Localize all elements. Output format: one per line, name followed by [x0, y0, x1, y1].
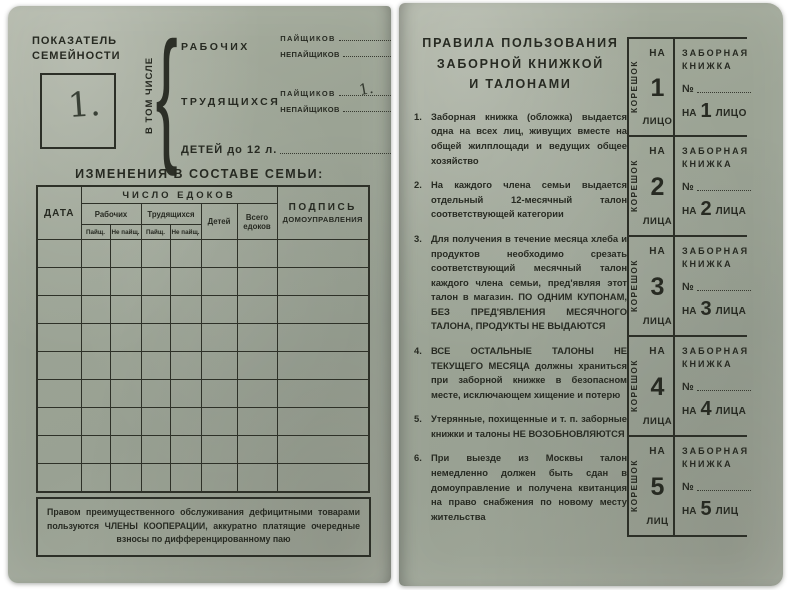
table-cell	[37, 408, 81, 436]
table-cell	[277, 436, 369, 464]
book-for-number: 5	[700, 502, 711, 517]
family-indicator-block: ПОКАЗАТЕЛЬ СЕМЕЙНОСТИ 1.	[32, 34, 144, 156]
rule-text: Утерянные, похищенные и т. п. заборные к…	[431, 412, 627, 441]
table-cell	[81, 352, 110, 380]
table-cell	[37, 380, 81, 408]
table-cell	[110, 268, 141, 296]
table-cell	[110, 352, 141, 380]
field-line: НЕПАЙЩИКОВ	[280, 105, 392, 114]
rule-text: На каждого члена семьи выдается отдельны…	[431, 178, 627, 222]
children-column-header: Детей	[201, 204, 237, 240]
book-for-number: 3	[700, 302, 711, 317]
book-number-leader	[697, 390, 751, 391]
rule-number: 4.	[414, 344, 431, 402]
book-for-number: 2	[700, 202, 711, 217]
stub-vertical-label: КОРЕШОК	[629, 39, 642, 135]
shareholders-label: ПАЙЩИКОВ	[280, 89, 335, 98]
table-cell	[277, 380, 369, 408]
workers-nonshareholders-header: Не пайщ.	[110, 225, 141, 240]
book-for-na-label: НА	[682, 506, 696, 517]
stub-left-cell: КОРЕШОКНА2ЛИЦА	[629, 137, 675, 235]
stub-count-number: 3	[651, 277, 665, 297]
stub-na-label: НА	[649, 346, 665, 357]
table-cell	[81, 296, 110, 324]
stub-na-label: НА	[649, 146, 665, 157]
stub-count-block: НА4ЛИЦА	[642, 337, 673, 435]
rules-block: ПРАВИЛА ПОЛЬЗОВАНИЯ ЗАБОРНОЙ КНИЖКОЙ И Т…	[414, 33, 627, 534]
rule-text: Для получения в течение месяца хлеба и п…	[431, 232, 627, 334]
workers-fields: ПАЙЩИКОВ НЕПАЙЩИКОВ	[280, 34, 392, 59]
book-number-leader	[697, 92, 751, 93]
shareholders-label: ПАЙЩИКОВ	[280, 34, 335, 43]
rule-number: 2.	[414, 178, 431, 222]
stub-vertical-label: КОРЕШОК	[629, 337, 642, 435]
table-cell	[110, 296, 141, 324]
table-cell	[201, 324, 237, 352]
table-cell	[141, 380, 170, 408]
signature-line2: ДОМОУПРАВЛЕНИЯ	[278, 215, 369, 224]
table-cell	[141, 436, 170, 464]
table-cell	[110, 436, 141, 464]
book-for-persons-label: ЛИЦА	[716, 206, 747, 217]
dotted-leader	[343, 111, 392, 112]
table-cell	[237, 240, 277, 268]
non-shareholders-label: НЕПАЙЩИКОВ	[280, 105, 339, 114]
book-number-row: №	[682, 181, 752, 193]
table-cell	[201, 240, 237, 268]
table-cell	[81, 436, 110, 464]
table-cell	[37, 268, 81, 296]
table-cell	[201, 380, 237, 408]
changes-table: ДАТА ЧИСЛО ЕДОКОВ ПОДПИСЬ ДОМОУПРАВЛЕНИЯ…	[36, 185, 370, 493]
table-cell	[237, 296, 277, 324]
table-row	[37, 296, 369, 324]
table-cell	[201, 464, 237, 493]
table-cell	[110, 408, 141, 436]
book-for-number: 4	[700, 402, 711, 417]
stub-vertical-label: КОРЕШОК	[629, 437, 642, 535]
laborers-shareholders-header: Пайщ.	[141, 225, 170, 240]
children-row: ДЕТЕЙ до 12 л.	[181, 144, 392, 156]
table-cell	[141, 240, 170, 268]
table-cell	[141, 408, 170, 436]
table-cell	[170, 324, 201, 352]
table-cell	[201, 268, 237, 296]
table-cell	[37, 324, 81, 352]
table-cell	[141, 352, 170, 380]
stub-na-label: НА	[649, 446, 665, 457]
dotted-leader	[280, 153, 391, 154]
stub-section: КОРЕШОКНА4ЛИЦАЗАБОРНАЯ КНИЖКА№НА4ЛИЦА	[629, 337, 747, 437]
brace-glyph: {	[155, 37, 179, 153]
table-cell	[170, 268, 201, 296]
table-cell	[81, 324, 110, 352]
table-cell	[277, 268, 369, 296]
rule-number: 1.	[414, 110, 431, 168]
book-number-label: №	[682, 181, 694, 193]
stub-na-label: НА	[649, 246, 665, 257]
laborers-label: ТРУДЯЩИХСЯ	[181, 96, 280, 108]
date-column-header: ДАТА	[37, 186, 81, 240]
changes-table-title: ИЗМЕНЕНИЯ В СОСТАВЕ СЕМЬИ:	[8, 167, 391, 181]
in-total-block: В ТОМ ЧИСЛЕ { РАБОЧИХ ПАЙЩИКОВ НЕПАЙЩИКО…	[144, 34, 392, 156]
rules-list: 1.Заборная книжка (обложка) выдается одн…	[414, 110, 627, 524]
book-number-row: №	[682, 83, 752, 95]
table-cell	[277, 352, 369, 380]
book-for-persons-label: ЛИЦО	[716, 108, 747, 119]
table-cell	[110, 464, 141, 493]
book-for-row: НА3ЛИЦА	[682, 302, 752, 317]
table-cell	[170, 380, 201, 408]
table-cell	[277, 464, 369, 493]
table-cell	[277, 324, 369, 352]
stub-count-block: НА5ЛИЦ	[642, 437, 673, 535]
book-title: ЗАБОРНАЯ КНИЖКА	[682, 245, 752, 271]
table-cell	[237, 464, 277, 493]
workers-shareholders-header: Пайщ.	[81, 225, 110, 240]
rules-title-line1: ПРАВИЛА ПОЛЬЗОВАНИЯ	[414, 33, 627, 54]
table-row	[37, 408, 369, 436]
book-number-row: №	[682, 281, 752, 293]
book-for-na-label: НА	[682, 108, 696, 119]
table-cell	[110, 240, 141, 268]
table-cell	[170, 296, 201, 324]
rule-item: 4.ВСЕ ОСТАЛЬНЫЕ ТАЛОНЫ НЕ ТЕКУЩЕГО МЕСЯЦ…	[414, 344, 627, 402]
table-cell	[237, 408, 277, 436]
table-cell	[237, 352, 277, 380]
children-label: ДЕТЕЙ до 12 л.	[181, 144, 277, 156]
laborers-subgroup-header: Трудящихся	[141, 204, 201, 225]
book-number-leader	[697, 190, 751, 191]
table-cell	[170, 464, 201, 493]
table-cell	[81, 380, 110, 408]
workers-label: РАБОЧИХ	[181, 41, 280, 53]
table-cell	[237, 436, 277, 464]
field-line: НЕПАЙЩИКОВ	[280, 50, 392, 59]
stub-left-cell: КОРЕШОКНА3ЛИЦА	[629, 237, 675, 335]
stub-section: КОРЕШОКНА2ЛИЦАЗАБОРНАЯ КНИЖКА№НА2ЛИЦА	[629, 137, 747, 237]
ration-book-right-page: ПРАВИЛА ПОЛЬЗОВАНИЯ ЗАБОРНОЙ КНИЖКОЙ И Т…	[399, 3, 783, 586]
book-for-number: 1	[700, 104, 711, 119]
book-number-label: №	[682, 381, 694, 393]
table-cell	[141, 324, 170, 352]
non-shareholders-label: НЕПАЙЩИКОВ	[280, 50, 339, 59]
stub-count-number: 4	[651, 377, 665, 397]
workers-subgroup-header: Рабочих	[81, 204, 141, 225]
rule-text: Заборная книжка (обложка) выдается одна …	[431, 110, 627, 168]
table-cell	[277, 296, 369, 324]
stub-persons-label: ЛИЦА	[643, 316, 672, 327]
family-indicator-box: 1.	[40, 73, 116, 149]
table-cell	[170, 240, 201, 268]
book-for-persons-label: ЛИЦА	[716, 306, 747, 317]
member-categories: РАБОЧИХ ПАЙЩИКОВ НЕПАЙЩИКОВ ТРУДЯЩИХСЯ	[181, 34, 392, 156]
stub-book-cell: ЗАБОРНАЯ КНИЖКА№НА3ЛИЦА	[675, 237, 757, 335]
table-cell	[277, 408, 369, 436]
dotted-leader: 1.	[339, 95, 392, 96]
book-for-na-label: НА	[682, 206, 696, 217]
book-for-row: НА5ЛИЦ	[682, 502, 752, 517]
rule-item: 5.Утерянные, похищенные и т. п. заборные…	[414, 412, 627, 441]
book-for-persons-label: ЛИЦ	[716, 506, 739, 517]
book-number-leader	[697, 290, 751, 291]
stub-section: КОРЕШОКНА1ЛИЦОЗАБОРНАЯ КНИЖКА№НА1ЛИЦО	[629, 37, 747, 137]
table-cell	[237, 268, 277, 296]
stub-section: КОРЕШОКНА5ЛИЦЗАБОРНАЯ КНИЖКА№НА5ЛИЦ	[629, 437, 747, 537]
table-cell	[237, 324, 277, 352]
stub-count-block: НА1ЛИЦО	[642, 39, 673, 135]
stub-section: КОРЕШОКНА3ЛИЦАЗАБОРНАЯ КНИЖКА№НА3ЛИЦА	[629, 237, 747, 337]
handwritten-shareholder-count: 1.	[358, 79, 375, 99]
stub-book-cell: ЗАБОРНАЯ КНИЖКА№НА1ЛИЦО	[675, 39, 757, 135]
table-cell	[141, 464, 170, 493]
stub-count-number: 2	[651, 177, 665, 197]
stub-persons-label: ЛИЦ	[647, 516, 669, 527]
stub-persons-label: ЛИЦА	[643, 416, 672, 427]
field-line: ПАЙЩИКОВ	[280, 34, 392, 43]
stub-persons-label: ЛИЦО	[643, 116, 673, 127]
table-cell	[201, 352, 237, 380]
table-cell	[37, 240, 81, 268]
book-for-na-label: НА	[682, 406, 696, 417]
table-row	[37, 380, 369, 408]
table-row	[37, 436, 369, 464]
table-cell	[37, 436, 81, 464]
book-title: ЗАБОРНАЯ КНИЖКА	[682, 47, 752, 73]
member-group-laborers: ТРУДЯЩИХСЯ ПАЙЩИКОВ 1. НЕПАЙЩИКОВ	[181, 89, 392, 114]
book-number-row: №	[682, 381, 752, 393]
coop-members-note: Правом преимущественного обслуживания де…	[36, 497, 371, 557]
stub-count-block: НА3ЛИЦА	[642, 237, 673, 335]
table-cell	[37, 296, 81, 324]
left-page-header: ПОКАЗАТЕЛЬ СЕМЕЙНОСТИ 1. В ТОМ ЧИСЛЕ { Р…	[32, 34, 379, 156]
stub-count-number: 1	[651, 78, 665, 98]
book-title: ЗАБОРНАЯ КНИЖКА	[682, 445, 752, 471]
table-cell	[201, 436, 237, 464]
book-number-leader	[697, 490, 751, 491]
book-number-row: №	[682, 481, 752, 493]
table-row	[37, 268, 369, 296]
ration-book-left-page: ПОКАЗАТЕЛЬ СЕМЕЙНОСТИ 1. В ТОМ ЧИСЛЕ { Р…	[8, 6, 391, 583]
family-indicator-label: ПОКАЗАТЕЛЬ СЕМЕЙНОСТИ	[32, 34, 144, 64]
book-number-label: №	[682, 481, 694, 493]
book-for-row: НА4ЛИЦА	[682, 402, 752, 417]
book-for-na-label: НА	[682, 306, 696, 317]
table-cell	[170, 436, 201, 464]
total-eaters-column-header: Всего едоков	[237, 204, 277, 240]
table-cell	[170, 408, 201, 436]
member-group-workers: РАБОЧИХ ПАЙЩИКОВ НЕПАЙЩИКОВ	[181, 34, 392, 59]
handwritten-family-count: 1.	[67, 84, 102, 126]
table-cell	[141, 296, 170, 324]
book-number-label: №	[682, 281, 694, 293]
stub-persons-label: ЛИЦА	[643, 216, 672, 227]
book-for-persons-label: ЛИЦА	[716, 406, 747, 417]
in-total-vertical-label: В ТОМ ЧИСЛЕ	[144, 39, 155, 151]
rule-number: 3.	[414, 232, 431, 334]
stub-book-cell: ЗАБОРНАЯ КНИЖКА№НА5ЛИЦ	[675, 437, 757, 535]
rule-item: 6.При выезде из Москвы талон немедленно …	[414, 451, 627, 524]
eaters-group-header: ЧИСЛО ЕДОКОВ	[81, 186, 277, 204]
changes-table-body	[37, 240, 369, 493]
book-title: ЗАБОРНАЯ КНИЖКА	[682, 145, 752, 171]
table-cell	[277, 240, 369, 268]
rules-title-line3: И ТАЛОНАМИ	[414, 74, 627, 95]
table-cell	[237, 380, 277, 408]
rule-item: 3.Для получения в течение месяца хлеба и…	[414, 232, 627, 334]
table-cell	[170, 352, 201, 380]
rule-item: 2.На каждого члена семьи выдается отдель…	[414, 178, 627, 222]
stub-left-cell: КОРЕШОКНА4ЛИЦА	[629, 337, 675, 435]
table-cell	[81, 464, 110, 493]
rules-title-line2: ЗАБОРНОЙ КНИЖКОЙ	[414, 54, 627, 75]
stub-left-cell: КОРЕШОКНА1ЛИЦО	[629, 39, 675, 135]
stub-book-cell: ЗАБОРНАЯ КНИЖКА№НА4ЛИЦА	[675, 337, 757, 435]
stub-column: КОРЕШОКНА1ЛИЦОЗАБОРНАЯ КНИЖКА№НА1ЛИЦОКОР…	[627, 37, 747, 537]
stub-vertical-label: КОРЕШОК	[629, 137, 642, 235]
table-cell	[81, 268, 110, 296]
stub-left-cell: КОРЕШОКНА5ЛИЦ	[629, 437, 675, 535]
book-number-label: №	[682, 83, 694, 95]
table-row	[37, 324, 369, 352]
stub-vertical-label: КОРЕШОК	[629, 237, 642, 335]
table-cell	[110, 324, 141, 352]
book-for-row: НА1ЛИЦО	[682, 104, 752, 119]
book-title: ЗАБОРНАЯ КНИЖКА	[682, 345, 752, 371]
table-row	[37, 352, 369, 380]
stub-count-block: НА2ЛИЦА	[642, 137, 673, 235]
book-for-row: НА2ЛИЦА	[682, 202, 752, 217]
table-row	[37, 240, 369, 268]
table-cell	[37, 352, 81, 380]
rule-text: ВСЕ ОСТАЛЬНЫЕ ТАЛОНЫ НЕ ТЕКУЩЕГО МЕСЯЦА …	[431, 344, 627, 402]
rule-text: При выезде из Москвы талон немедленно до…	[431, 451, 627, 524]
laborers-nonshareholders-header: Не пайщ.	[170, 225, 201, 240]
dotted-leader	[339, 40, 392, 41]
field-line: ПАЙЩИКОВ 1.	[280, 89, 392, 98]
table-cell	[81, 240, 110, 268]
table-cell	[201, 408, 237, 436]
signature-line1: ПОДПИСЬ	[278, 202, 369, 213]
rules-title: ПРАВИЛА ПОЛЬЗОВАНИЯ ЗАБОРНОЙ КНИЖКОЙ И Т…	[414, 33, 627, 95]
table-cell	[37, 464, 81, 493]
signature-column-header: ПОДПИСЬ ДОМОУПРАВЛЕНИЯ	[277, 186, 369, 240]
rule-number: 5.	[414, 412, 431, 441]
stub-book-cell: ЗАБОРНАЯ КНИЖКА№НА2ЛИЦА	[675, 137, 757, 235]
stub-na-label: НА	[649, 48, 665, 59]
rule-item: 1.Заборная книжка (обложка) выдается одн…	[414, 110, 627, 168]
laborers-fields: ПАЙЩИКОВ 1. НЕПАЙЩИКОВ	[280, 89, 392, 114]
table-cell	[141, 268, 170, 296]
table-cell	[110, 380, 141, 408]
rule-number: 6.	[414, 451, 431, 524]
table-cell	[201, 296, 237, 324]
table-cell	[81, 408, 110, 436]
table-row	[37, 464, 369, 493]
stub-count-number: 5	[651, 477, 665, 497]
dotted-leader	[343, 56, 392, 57]
